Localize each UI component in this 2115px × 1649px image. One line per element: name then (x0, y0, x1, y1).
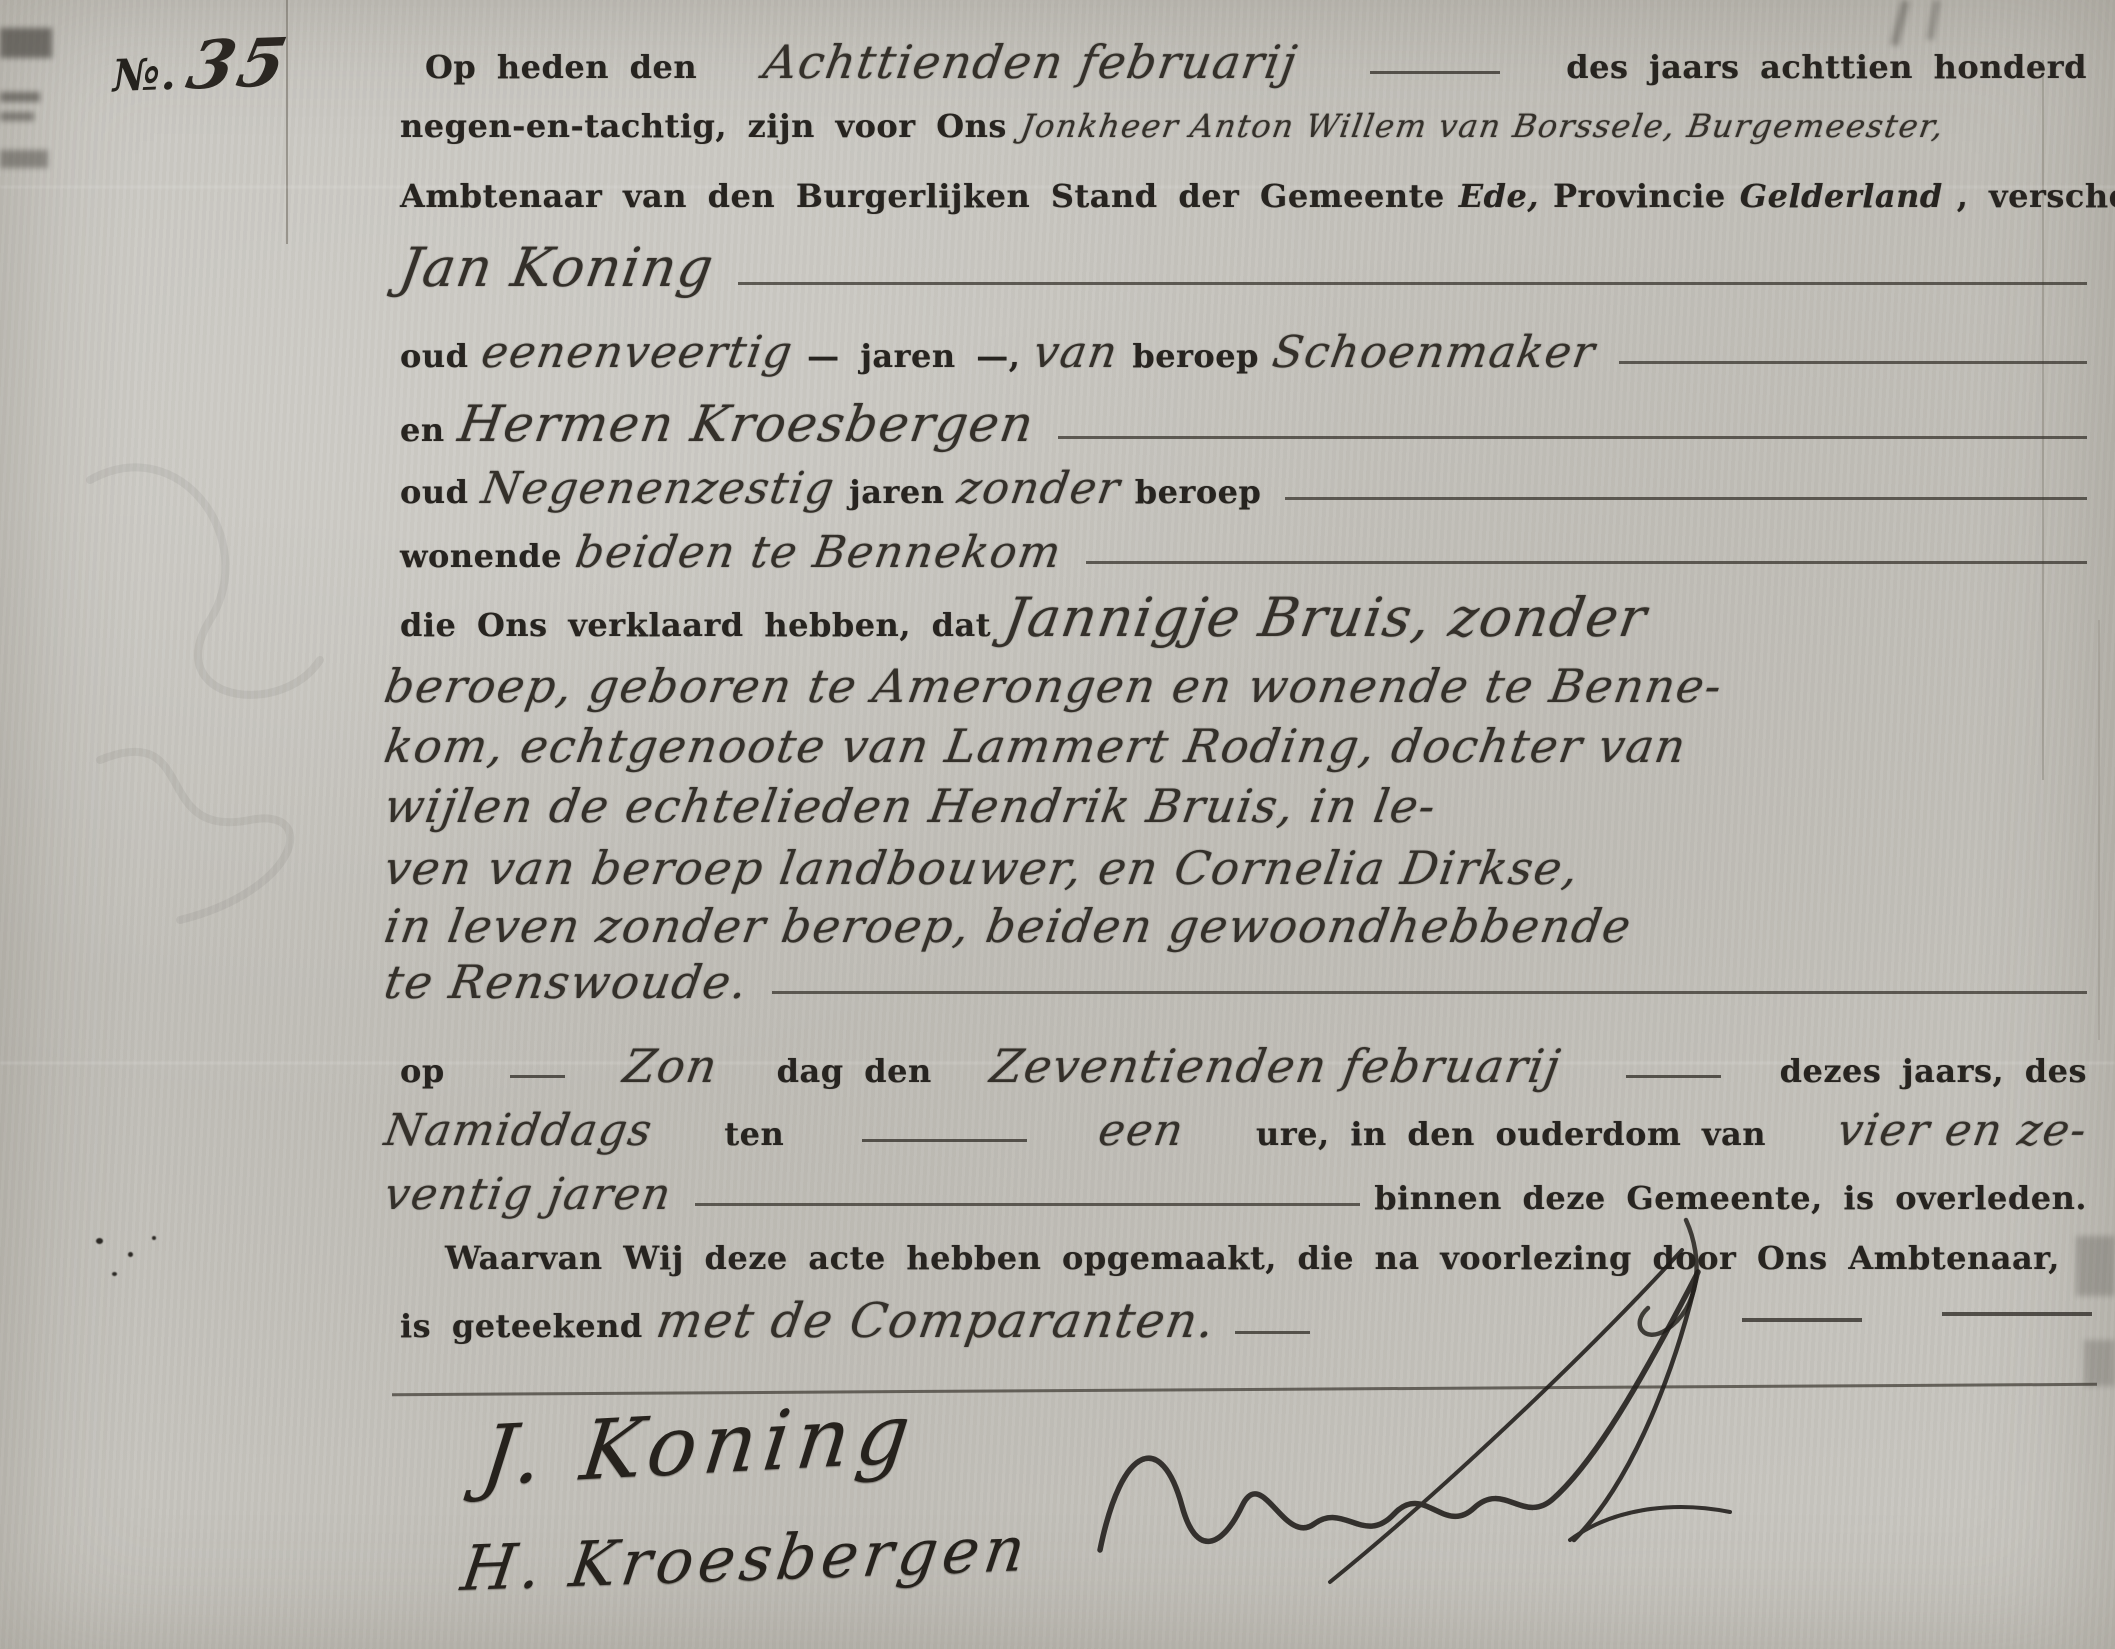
ink-speckle (152, 1236, 156, 1240)
edge-ink-fragment (0, 112, 34, 121)
printed-text: Provincie (1553, 178, 1726, 215)
handwritten-entry: zonder (955, 466, 1125, 512)
printed-text: ten (724, 1116, 784, 1153)
form-line-death-date: opZondag denZeventienden februarijdezes … (400, 1042, 2101, 1090)
handwritten-entry: vier en ze- (1834, 1108, 2090, 1154)
ink-speckle (128, 1252, 133, 1257)
bleed-through-scribble (60, 420, 420, 980)
printed-text: — jaren —, (807, 338, 1020, 375)
fill-in-rule (1370, 71, 1500, 74)
form-line-declarant-1: Jan Koning (400, 240, 2101, 297)
form-line-declarant-1-details: oudeenenveertig— jaren —,vanberoepSchoen… (400, 330, 2101, 376)
printed-text: beroep (1132, 338, 1259, 375)
handwritten-entry: Negenenzestig (479, 466, 839, 512)
fill-in-rule (1619, 361, 2087, 364)
printed-text: wonende (400, 538, 562, 575)
handwritten-entry: eenenveertig (479, 330, 797, 376)
printed-text: dag den (777, 1053, 932, 1090)
form-line-declarant-2-details: oudNegenenzestigjarenzonderberoep (400, 466, 2101, 512)
form-line-residence: wonendebeiden te Bennekom (400, 530, 2101, 576)
witness-signature-1: J. Koning (476, 1386, 922, 1504)
handwritten-entry: in leven zonder beroep, beiden gewoondhe… (381, 902, 1635, 950)
printed-text: oud (400, 338, 468, 375)
fill-in-rule (510, 1075, 565, 1078)
printed-italic-text: Ede, (1459, 178, 1539, 215)
handwritten-entry: wijlen de echtelieden Hendrik Bruis, in … (381, 782, 1440, 830)
printed-text: is geteekend (400, 1308, 643, 1345)
fill-in-rule (1285, 497, 2087, 500)
form-line-deceased-3: wijlen de echtelieden Hendrik Bruis, in … (385, 782, 2101, 830)
form-line-deceased-1: beroep, geboren te Amerongen en wonende … (385, 662, 2101, 710)
ink-speckle (96, 1238, 103, 1244)
handwritten-entry: te Renswoude. (381, 958, 752, 1006)
printed-text: die Ons verklaard hebben, dat (400, 607, 991, 644)
fill-in-rule (862, 1139, 1027, 1142)
official-signature-flourish (1030, 1210, 1850, 1640)
form-line-deceased-5: in leven zonder beroep, beiden gewoondhe… (385, 902, 2101, 950)
edge-ink-fragment (0, 92, 40, 102)
witness-signature-2: H. Kroesbergen (457, 1512, 1035, 1605)
printed-italic-text: Gelderland (1740, 178, 1943, 215)
handwritten-entry: Jan Koning (396, 240, 719, 297)
printed-text: ure, in den ouderdom van (1256, 1116, 1766, 1153)
printed-text: dezes jaars, des (1780, 1053, 2087, 1090)
edge-ink-fragment (0, 150, 48, 168)
handwritten-entry: Namiddags (381, 1108, 656, 1154)
printed-text: des jaars achttien honderd (1566, 49, 2087, 86)
printed-text: jaren (849, 474, 944, 511)
closing-dash (1942, 1312, 2092, 1316)
printed-text: beroep (1135, 474, 1262, 511)
handwritten-entry: beroep, geboren te Amerongen en wonende … (381, 662, 1726, 710)
fill-in-rule (1626, 1075, 1721, 1078)
edge-ink-fragment (1927, 0, 1941, 40)
printed-text: negen-en-tachtig, zijn voor Ons (400, 108, 1007, 145)
form-line-declarant-2: enHermen Kroesbergen (400, 398, 2101, 451)
printed-text: op (400, 1053, 445, 1090)
handwritten-entry: ven van beroep landbouwer, en Cornelia D… (381, 844, 1583, 892)
form-line-deceased-4: ven van beroep landbouwer, en Cornelia D… (385, 844, 2101, 892)
fill-in-rule (1086, 561, 2088, 564)
form-line-opening-2: negen-en-tachtig, zijn voor OnsJonkheer … (400, 108, 2101, 145)
form-line-death-time: Namiddagsteneenure, in den ouderdom vanv… (385, 1108, 2101, 1154)
printed-text: Op heden den (425, 49, 697, 86)
form-line-opening-1: Op heden denAchttienden februarijdes jaa… (425, 38, 2101, 86)
ink-speckle (112, 1272, 117, 1276)
handwritten-entry: beiden te Bennekom (572, 530, 1065, 576)
scanned-death-record-page: №. 35 Op heden denAchttienden februarijd… (0, 0, 2115, 1649)
handwritten-entry: Zon (620, 1042, 721, 1090)
edge-ink-fragment (2084, 1340, 2115, 1386)
handwritten-entry: Jannigje Bruis, zonder (1000, 590, 1651, 647)
printed-text: Ambtenaar van den Burgerlijken Stand der… (400, 178, 1445, 215)
fill-in-rule (1058, 436, 2087, 439)
form-line-declaration-intro: die Ons verklaard hebben, datJannigje Br… (400, 590, 2101, 647)
handwritten-entry: Zeventienden februarij (987, 1042, 1564, 1090)
fill-in-rule (738, 282, 2087, 285)
handwritten-entry: Hermen Kroesbergen (454, 398, 1037, 451)
form-line-opening-3: Ambtenaar van den Burgerlijken Stand der… (400, 178, 2101, 215)
printed-text: en (400, 412, 445, 449)
fill-in-rule (772, 991, 2087, 994)
act-number: №. 35 (111, 23, 291, 107)
printed-text: , verschenen : (1957, 178, 2115, 215)
handwritten-entry: ventig jaren (381, 1172, 675, 1218)
handwritten-entry: een (1095, 1108, 1187, 1154)
handwritten-entry: Achttienden februarij (760, 38, 1301, 86)
form-line-deceased-6: te Renswoude. (385, 958, 2101, 1006)
handwritten-entry: Jonkheer Anton Willem van Borssele, Burg… (1018, 110, 1947, 144)
fill-in-rule (695, 1203, 1360, 1206)
handwritten-entry: kom, echtgenoote van Lammert Roding, doc… (381, 722, 1690, 770)
handwritten-entry: van (1031, 330, 1122, 376)
handwritten-entry: Schoenmaker (1269, 330, 1599, 376)
form-line-deceased-2: kom, echtgenoote van Lammert Roding, doc… (385, 722, 2101, 770)
printed-text: oud (400, 474, 468, 511)
act-number-value: 35 (181, 23, 298, 105)
act-number-label: №. (111, 49, 176, 102)
edge-ink-fragment (0, 28, 52, 58)
